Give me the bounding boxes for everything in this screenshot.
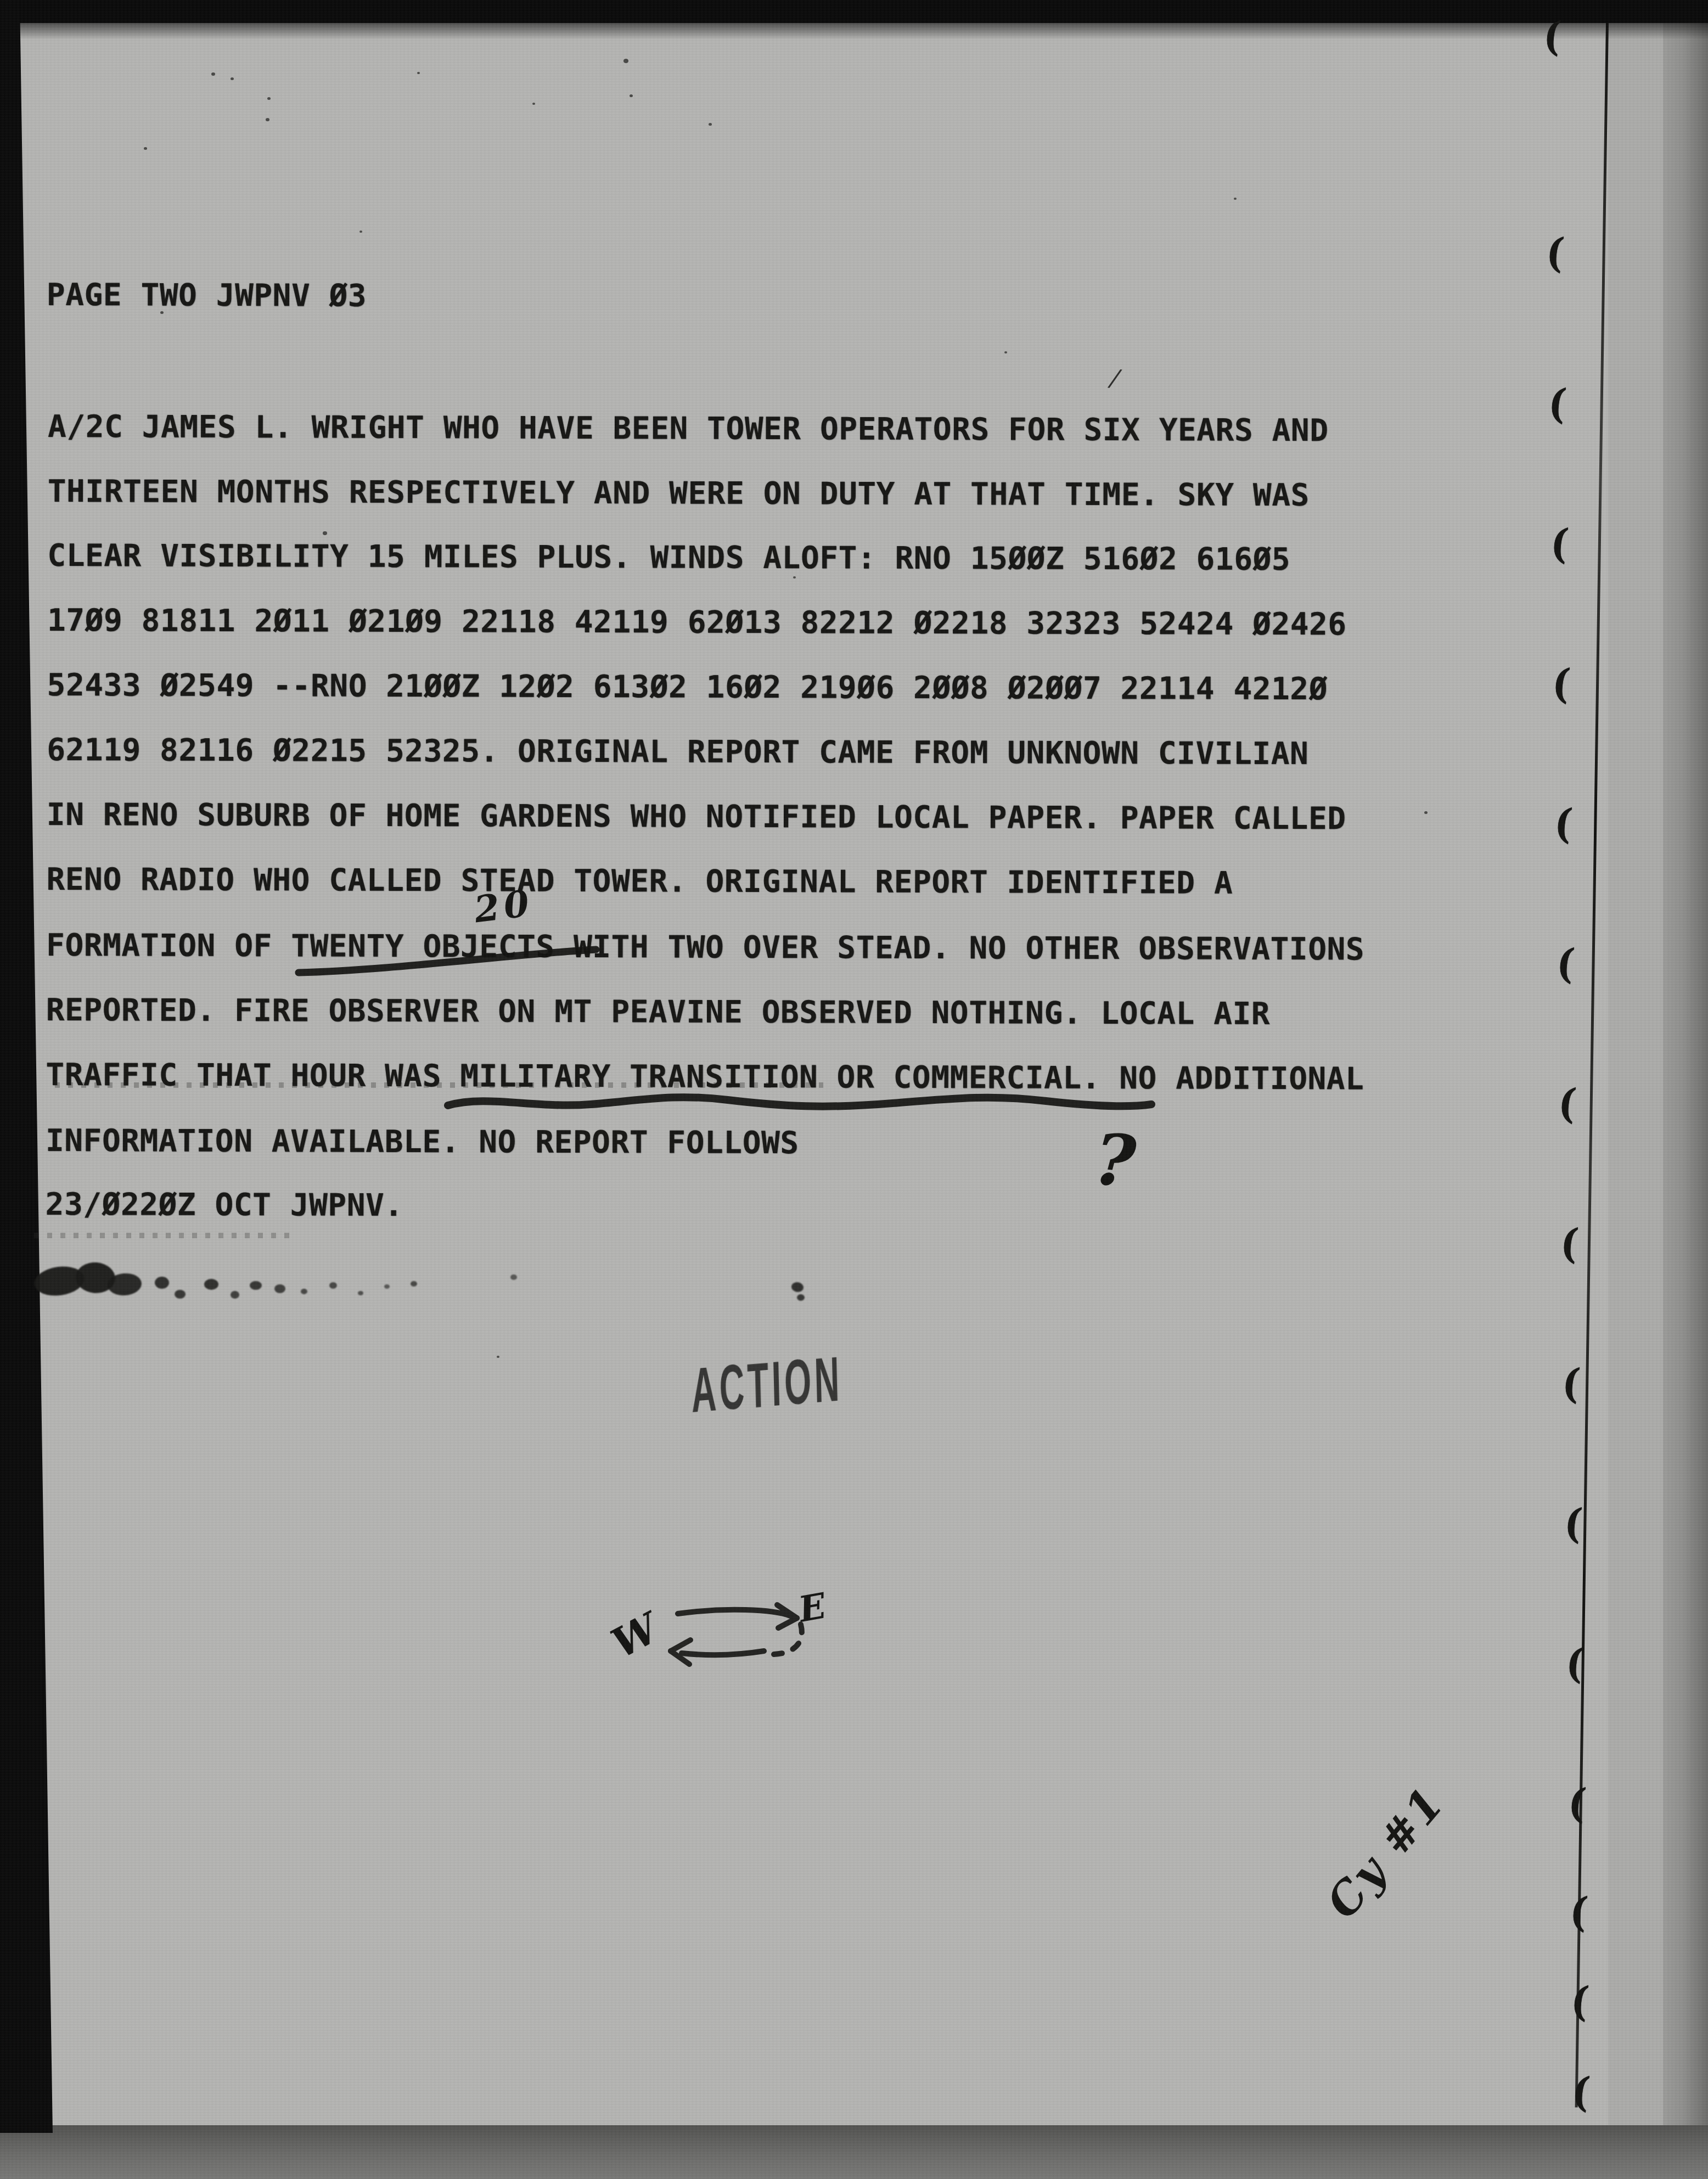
- underline-twenty-objects: [291, 943, 609, 987]
- paper-speck: [623, 59, 628, 63]
- paper-speck: [417, 72, 420, 74]
- page-header-line: PAGE TWO JWPNV Ø3: [47, 277, 367, 314]
- paper-speck: [1234, 198, 1237, 200]
- ink-smudge-blob: [797, 1294, 805, 1301]
- typed-line: FORMATION OF TWENTY OBJECTS WITH TWO OVE…: [46, 928, 1364, 968]
- action-stamp: ACTION: [690, 1343, 843, 1427]
- binding-hole-mark: (: [1566, 1778, 1588, 1828]
- typed-line: REPORTED. FIRE OBSERVER ON MT PEAVINE OB…: [46, 992, 1271, 1032]
- ink-smudge-blob: [204, 1279, 218, 1290]
- binding-hole-mark: (: [1570, 2067, 1592, 2116]
- handwritten-count-20: 20: [472, 881, 536, 931]
- paper-speck: [709, 123, 712, 126]
- typed-line: A/2C JAMES L. WRIGHT WHO HAVE BEEN TOWER…: [48, 409, 1329, 448]
- ink-smudge-blob: [329, 1282, 337, 1289]
- stray-tick-mark: /: [1109, 364, 1121, 393]
- typed-line: IN RENO SUBURB OF HOME GARDENS WHO NOTIF…: [47, 797, 1346, 836]
- scan-bottom-border: [0, 2125, 1708, 2179]
- paper-speck: [1004, 351, 1007, 353]
- binding-hole-mark: (: [1569, 1976, 1591, 2026]
- binding-hole-mark: (: [1544, 228, 1566, 277]
- arrow-east-head-bottom: [778, 1618, 797, 1628]
- binding-hole-mark: (: [1548, 519, 1570, 568]
- binding-hole-mark: (: [1562, 1498, 1584, 1548]
- ink-smudge-blob: [510, 1274, 517, 1280]
- typed-line: INFORMATION AVAILABLE. NO REPORT FOLLOWS: [46, 1123, 799, 1161]
- binding-hole-mark: (: [1550, 659, 1572, 708]
- scanned-teletype-page: PAGE TWO JWPNV Ø3 A/2C JAMES L. WRIGHT W…: [0, 0, 1708, 2179]
- ink-smudge-blob: [411, 1281, 417, 1287]
- typed-line: RENO RADIO WHO CALLED STEAD TOWER. ORIGI…: [46, 862, 1233, 901]
- ink-smudge-blob: [301, 1289, 307, 1294]
- typed-line: CLEAR VISIBILITY 15 MILES PLUS. WINDS AL…: [47, 538, 1290, 577]
- typed-line: 17Ø9 81811 2Ø11 Ø21Ø9 22118 42119 62Ø13 …: [47, 603, 1347, 642]
- paper-speck: [1424, 811, 1428, 814]
- typed-line: 52433 Ø2549 --RNO 21ØØZ 12Ø2 613Ø2 16Ø2 …: [47, 667, 1328, 707]
- faded-type-impression: [34, 1233, 297, 1238]
- paper-speck: [323, 531, 327, 535]
- paper-speck: [266, 118, 269, 121]
- paper-speck: [532, 103, 535, 105]
- typed-line: 62119 82116 Ø2215 52325. ORIGINAL REPORT…: [47, 732, 1308, 772]
- paper-speck: [267, 97, 271, 100]
- page-right-margin-strip: [1608, 0, 1663, 2179]
- ink-smudge-blob: [384, 1284, 390, 1289]
- paper-speck: [497, 1356, 499, 1358]
- scan-top-border: [0, 0, 1708, 23]
- binding-hole-mark: (: [1554, 939, 1576, 988]
- ink-smudge-blob: [274, 1284, 285, 1293]
- ink-smudge-blob: [358, 1291, 363, 1295]
- binding-hole-mark: (: [1567, 1887, 1589, 1936]
- paper-speck: [630, 94, 633, 97]
- arrow-east-shaft: [678, 1610, 790, 1616]
- paper-speck: [211, 72, 215, 76]
- underline-military-commercial: [442, 1083, 1161, 1122]
- typed-line: 23/Ø22ØZ OCT JWPNV.: [46, 1187, 403, 1223]
- paper-speck: [231, 77, 234, 80]
- paper-speck: [359, 231, 362, 233]
- ink-smudge-blob: [175, 1290, 186, 1299]
- binding-hole-mark: (: [1558, 1218, 1580, 1268]
- arrow-west-shaft: [682, 1651, 764, 1655]
- ink-smudge-blob: [155, 1277, 169, 1289]
- handwritten-copy-number: Cy #1: [1316, 1777, 1454, 1928]
- typed-line: THIRTEEN MONTHS RESPECTIVELY AND WERE ON…: [48, 474, 1310, 513]
- scan-background-right: [1663, 0, 1708, 2179]
- binding-hole-mark: (: [1560, 1358, 1582, 1408]
- arrow-west-head-top: [671, 1640, 690, 1651]
- ink-smudge-blob: [791, 1281, 805, 1293]
- scan-left-border: [0, 0, 53, 2133]
- ink-smudge-blob: [231, 1291, 239, 1299]
- paper-speck: [144, 147, 147, 150]
- ink-smudge-blob: [250, 1281, 262, 1290]
- paper-speck: [793, 576, 796, 579]
- handwritten-question-mark: ?: [1092, 1119, 1138, 1204]
- binding-hole-mark: (: [1552, 799, 1574, 848]
- binding-hole-mark: (: [1557, 1079, 1578, 1128]
- binding-hole-mark: (: [1547, 379, 1569, 428]
- scan-top-shadow: [0, 23, 1708, 40]
